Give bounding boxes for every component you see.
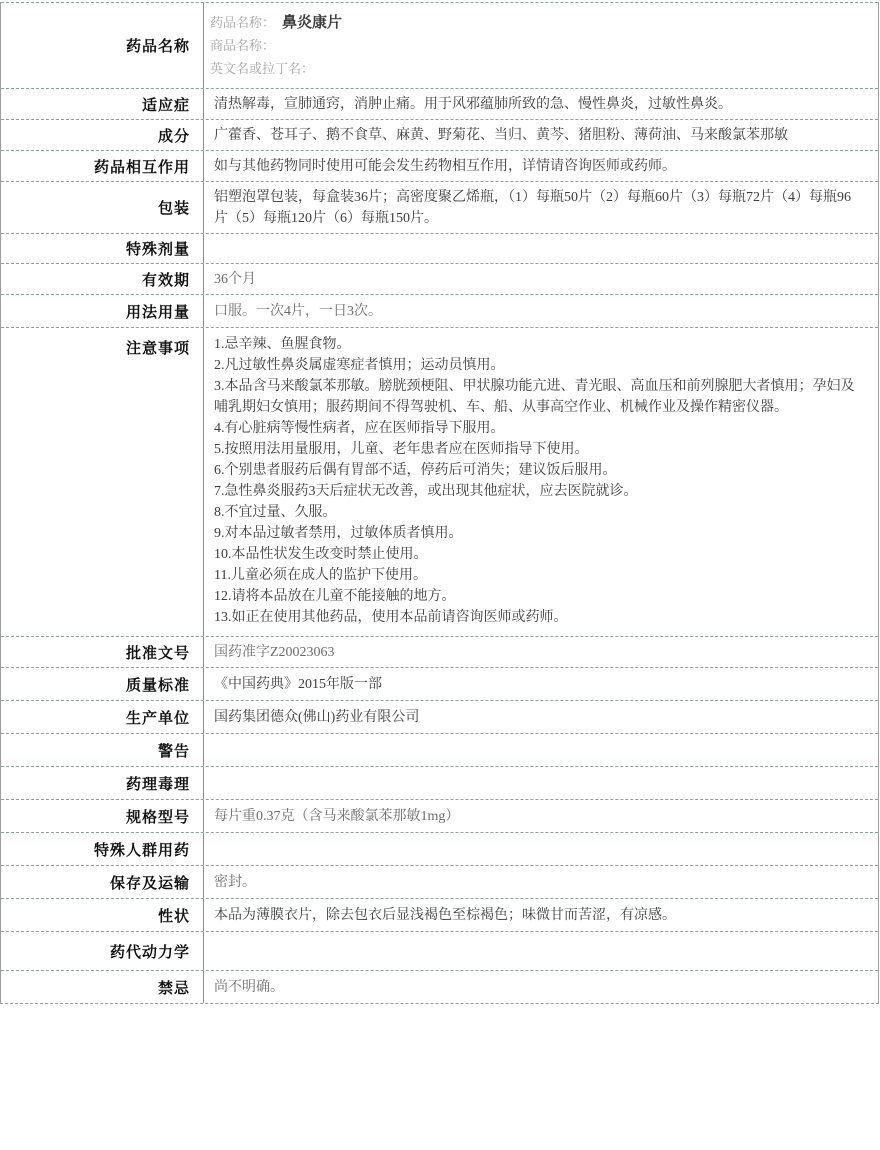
row-label: 用法用量 <box>1 295 204 327</box>
row-value <box>204 767 878 799</box>
table-row: 特殊人群用药 <box>1 832 878 865</box>
table-row: 药理毒理 <box>1 766 878 799</box>
row-label: 药代动力学 <box>1 932 204 970</box>
table-row: 适应症 清热解毒，宣肺通窍，消肿止痛。用于风邪蕴肺所致的急、慢性鼻炎，过敏性鼻炎… <box>1 88 878 119</box>
row-label: 性状 <box>1 899 204 931</box>
row-value: 国药集团德众(佛山)药业有限公司 <box>204 701 878 733</box>
row-label: 警告 <box>1 734 204 766</box>
table-row: 生产单位 国药集团德众(佛山)药业有限公司 <box>1 700 878 733</box>
drug-name-value: 鼻炎康片 <box>282 15 342 31</box>
row-label: 有效期 <box>1 264 204 294</box>
table-row: 质量标准 《中国药典》2015年版一部 <box>1 667 878 700</box>
table-row: 保存及运输 密封。 <box>1 865 878 898</box>
table-row: 有效期 36个月 <box>1 263 878 294</box>
row-label: 特殊剂量 <box>1 234 204 263</box>
row-label: 药理毒理 <box>1 767 204 799</box>
row-label: 禁忌 <box>1 971 204 1003</box>
table-row: 禁忌 尚不明确。 <box>1 970 878 1003</box>
row-label: 生产单位 <box>1 701 204 733</box>
latin-name-sublabel: 英文名或拉丁名： <box>210 61 314 76</box>
trade-name-line: 商品名称： <box>210 35 862 58</box>
row-value: 铝塑泡罩包装，每盒装36片；高密度聚乙烯瓶，（1）每瓶50片（2）每瓶60片（3… <box>204 182 878 233</box>
row-value: 口服。一次4片，一日3次。 <box>204 295 878 327</box>
table-row: 规格型号 每片重0.37克（含马来酸氯苯那敏1mg） <box>1 799 878 832</box>
row-value: 密封。 <box>204 866 878 898</box>
row-value <box>204 734 878 766</box>
table-row: 批准文号 国药准字Z20023063 <box>1 636 878 667</box>
row-value: 清热解毒，宣肺通窍，消肿止痛。用于风邪蕴肺所致的急、慢性鼻炎，过敏性鼻炎。 <box>204 89 878 119</box>
row-label: 质量标准 <box>1 668 204 700</box>
row-label: 注意事项 <box>1 328 204 636</box>
table-row: 特殊剂量 <box>1 233 878 263</box>
row-label: 包装 <box>1 182 204 233</box>
row-value: 广藿香、苍耳子、鹅不食草、麻黄、野菊花、当归、黄芩、猪胆粉、薄荷油、马来酸氯苯那… <box>204 120 878 150</box>
table-row: 药品相互作用 如与其他药物同时使用可能会发生药物相互作用，详情请咨询医师或药师。 <box>1 150 878 181</box>
row-value: 每片重0.37克（含马来酸氯苯那敏1mg） <box>204 800 878 832</box>
row-label: 特殊人群用药 <box>1 833 204 865</box>
drug-name-line: 药品名称：鼻炎康片 <box>210 12 862 35</box>
row-label: 批准文号 <box>1 637 204 667</box>
row-value: 国药准字Z20023063 <box>204 637 878 667</box>
table-row: 药品名称 药品名称：鼻炎康片 商品名称： 英文名或拉丁名： <box>1 2 878 88</box>
row-label: 保存及运输 <box>1 866 204 898</box>
row-value: 36个月 <box>204 264 878 294</box>
table-row: 警告 <box>1 733 878 766</box>
table-row: 药代动力学 <box>1 931 878 970</box>
row-label: 适应症 <box>1 89 204 119</box>
table-row: 注意事项 1.忌辛辣、鱼腥食物。 2.凡过敏性鼻炎属虚寒症者慎用；运动员慎用。 … <box>1 327 878 636</box>
row-value: 本品为薄膜衣片，除去包衣后显浅褐色至棕褐色；味微甘而苦涩，有凉感。 <box>204 899 878 931</box>
row-value <box>204 833 878 865</box>
table-row: 用法用量 口服。一次4片，一日3次。 <box>1 294 878 327</box>
drug-name-sublabel: 药品名称： <box>210 15 275 30</box>
row-value: 尚不明确。 <box>204 971 878 1003</box>
table-row: 成分 广藿香、苍耳子、鹅不食草、麻黄、野菊花、当归、黄芩、猪胆粉、薄荷油、马来酸… <box>1 119 878 150</box>
row-label: 成分 <box>1 120 204 150</box>
row-value: 1.忌辛辣、鱼腥食物。 2.凡过敏性鼻炎属虚寒症者慎用；运动员慎用。 3.本品含… <box>204 328 878 636</box>
trade-name-sublabel: 商品名称： <box>210 38 275 53</box>
drug-info-table: 药品名称 药品名称：鼻炎康片 商品名称： 英文名或拉丁名： 适应症 清热解毒，宣… <box>0 2 879 1004</box>
row-value <box>204 932 878 970</box>
row-label: 规格型号 <box>1 800 204 832</box>
row-label: 药品相互作用 <box>1 151 204 181</box>
row-value: 《中国药典》2015年版一部 <box>204 668 878 700</box>
row-label: 药品名称 <box>1 3 204 88</box>
row-value: 如与其他药物同时使用可能会发生药物相互作用，详情请咨询医师或药师。 <box>204 151 878 181</box>
row-value: 药品名称：鼻炎康片 商品名称： 英文名或拉丁名： <box>204 3 878 88</box>
row-value <box>204 234 878 263</box>
table-row: 包装 铝塑泡罩包装，每盒装36片；高密度聚乙烯瓶，（1）每瓶50片（2）每瓶60… <box>1 181 878 233</box>
latin-name-line: 英文名或拉丁名： <box>210 58 862 81</box>
table-row: 性状 本品为薄膜衣片，除去包衣后显浅褐色至棕褐色；味微甘而苦涩，有凉感。 <box>1 898 878 931</box>
